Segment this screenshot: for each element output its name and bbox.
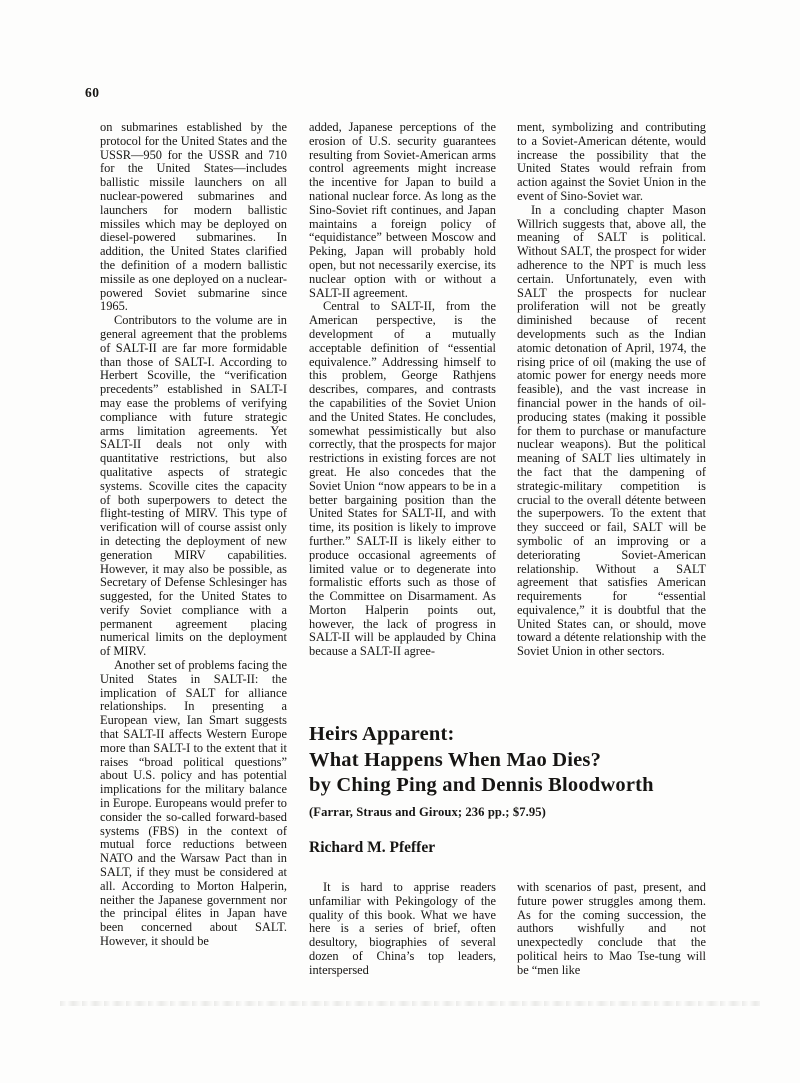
review-title-line-2: What Happens When Mao Dies? <box>309 748 729 774</box>
review-title-line-1: Heirs Apparent: <box>309 722 729 748</box>
paragraph: with scenarios of past, present, and fut… <box>517 881 706 978</box>
page-number: 60 <box>85 85 100 101</box>
reviewer-name: Richard M. Pfeffer <box>309 839 435 857</box>
paragraph: on submarines established by the protoco… <box>100 121 287 314</box>
paragraph: Central to SALT-II, from the American pe… <box>309 300 496 659</box>
review-title-line-3: by Ching Ping and Dennis Bloodworth <box>309 773 729 799</box>
magazine-page: 60 on submarines established by the prot… <box>0 0 800 1083</box>
salt-article-column-2: added, Japanese perceptions of the erosi… <box>309 121 496 659</box>
salt-article-column-1: on submarines established by the protoco… <box>100 121 287 949</box>
paragraph: ment, symbolizing and contributing to a … <box>517 121 706 204</box>
paragraph: In a concluding chapter Mason Willrich s… <box>517 204 706 659</box>
paragraph: added, Japanese perceptions of the erosi… <box>309 121 496 300</box>
book-review-header: Heirs Apparent: What Happens When Mao Di… <box>309 722 729 820</box>
publisher-info: (Farrar, Straus and Giroux; 236 pp.; $7.… <box>309 805 729 820</box>
paragraph: It is hard to apprise readers unfamiliar… <box>309 881 496 978</box>
paragraph: Another set of problems facing the Unite… <box>100 659 287 949</box>
paragraph: Contributors to the volume are in genera… <box>100 314 287 659</box>
book-review-column-1: It is hard to apprise readers unfamiliar… <box>309 881 496 978</box>
scan-artifact-band <box>60 1001 760 1006</box>
book-review-column-2: with scenarios of past, present, and fut… <box>517 881 706 978</box>
salt-article-column-3: ment, symbolizing and contributing to a … <box>517 121 706 659</box>
